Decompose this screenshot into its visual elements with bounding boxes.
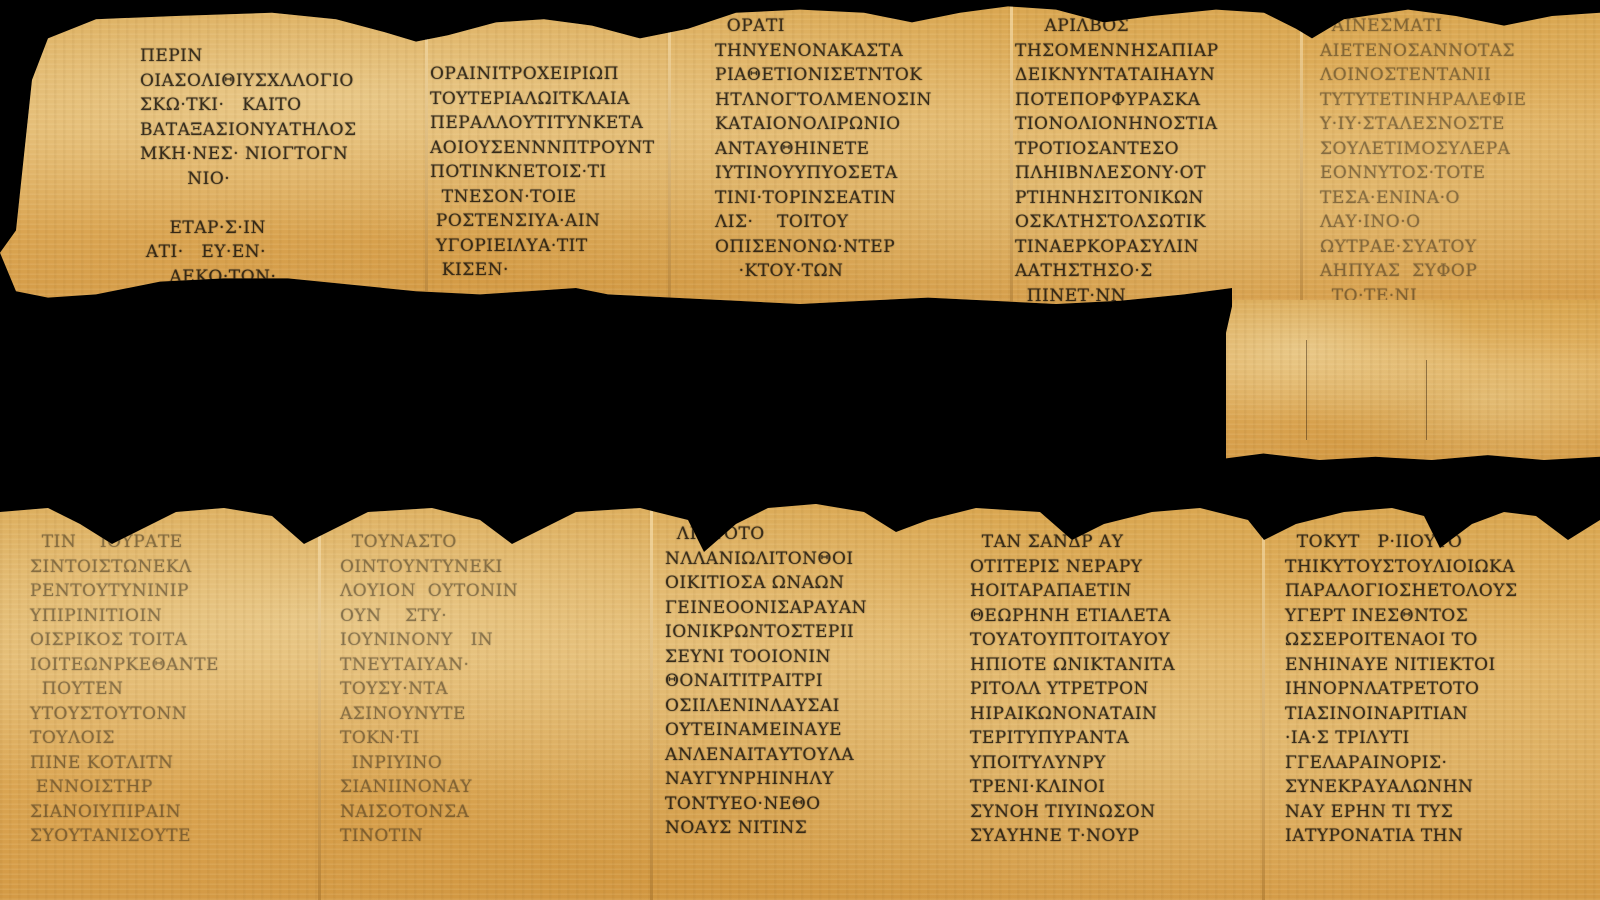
text-column: ΟΡΑΤΙ ΤΗΝΥΕΝΟΝΑΚΑΣΤΑ ΡΙΑΘΕΤΙΟΝΙΣΕΤΝΤΟΚ Η… — [715, 14, 932, 284]
text-column: ΤΟΥΝΑΣΤΟ ΟΙΝΤΟΥΝΤΥΝΕΚΙ ΛΟΥΙΟΝ ΟΥΤΟΝΙΝ ΟΥ… — [340, 530, 518, 849]
text-column: ΠΕΡΙΝ ΟΙΑΣΟΛΙΘΙΥΣΧΛΛΟΓΙΟ ΣΚΩ·ΤΚΙ· ΚΑΙΤΟ … — [140, 44, 357, 289]
text-column: ΟΡΑΙΝΙΤΡΟΧΕΙΡΙΩΠ ΤΟΥΤΕΡΙΑΛΩΙΤΚΛΑΙΑ ΠΕΡΑΛ… — [430, 62, 655, 283]
papyrus-seam — [650, 500, 653, 900]
papyrus-seam — [668, 0, 671, 320]
text-column: ΑΡΙΛΒΟΣ ΤΗΣΟΜΕΝΝΗΣΑΠΙΑΡ ΔΕΙΚΝΥΝΤΑΤΑΙΗΑΥΝ… — [1015, 14, 1219, 308]
papyrus-fragment-right — [1226, 300, 1600, 465]
text-column: ΛΙΝΤΟΤΟ ΝΛΛΑΝΙΩΛΙΤΟΝΘΟΙ ΟΙΚΙΤΙΟΣΑ ΩΝΑΩΝ … — [665, 522, 867, 841]
text-column: ΤΙΝ ΙΟΥΡΑΤΕ ΣΙΝΤΟΙΣΤΩΝΕΚΛ ΡΕΝΤΟΥΤΥΝΙΝΙΡ … — [30, 530, 219, 849]
text-column: ΑΙΝΕΣΜΑΤΙ ΑΙΕΤΕΝΟΣΑΝΝΟΤΑΣ ΛΟΙΝΟΣΤΕΝΤΑΝΙΙ… — [1320, 14, 1527, 320]
papyrus-seam — [1262, 500, 1265, 900]
papyrus-seam — [425, 0, 428, 320]
papyrus-seam — [318, 500, 321, 900]
papyrus-strip-top: ΠΕΡΙΝ ΟΙΑΣΟΛΙΘΙΥΣΧΛΛΟΓΙΟ ΣΚΩ·ΤΚΙ· ΚΑΙΤΟ … — [0, 0, 1600, 320]
text-column: ΤΑΝ ΣΑΝΔΡ ΑΥ ΟΤΙΤΕΡΙΣ ΝΕΡΑΡΥ ΗΟΙΤΑΡΑΠΑΕΤ… — [970, 530, 1175, 849]
papyrus-seam — [1010, 0, 1013, 320]
papyrus-crack — [1426, 360, 1427, 440]
papyrus-crack — [1306, 340, 1307, 440]
papyrus-strip-bottom: ΤΙΝ ΙΟΥΡΑΤΕ ΣΙΝΤΟΙΣΤΩΝΕΚΛ ΡΕΝΤΟΥΤΥΝΙΝΙΡ … — [0, 500, 1600, 900]
papyrus-texture — [1226, 300, 1600, 465]
text-column: ΤΟΚΥΤ Ρ·ΙΙΟΥΤΟ ΤΗΙΚΥΤΟΥΣΤΟΥΛΙΟΙΩΚΑ ΠΑΡΑΛ… — [1285, 530, 1517, 849]
papyrus-seam — [1300, 0, 1303, 320]
